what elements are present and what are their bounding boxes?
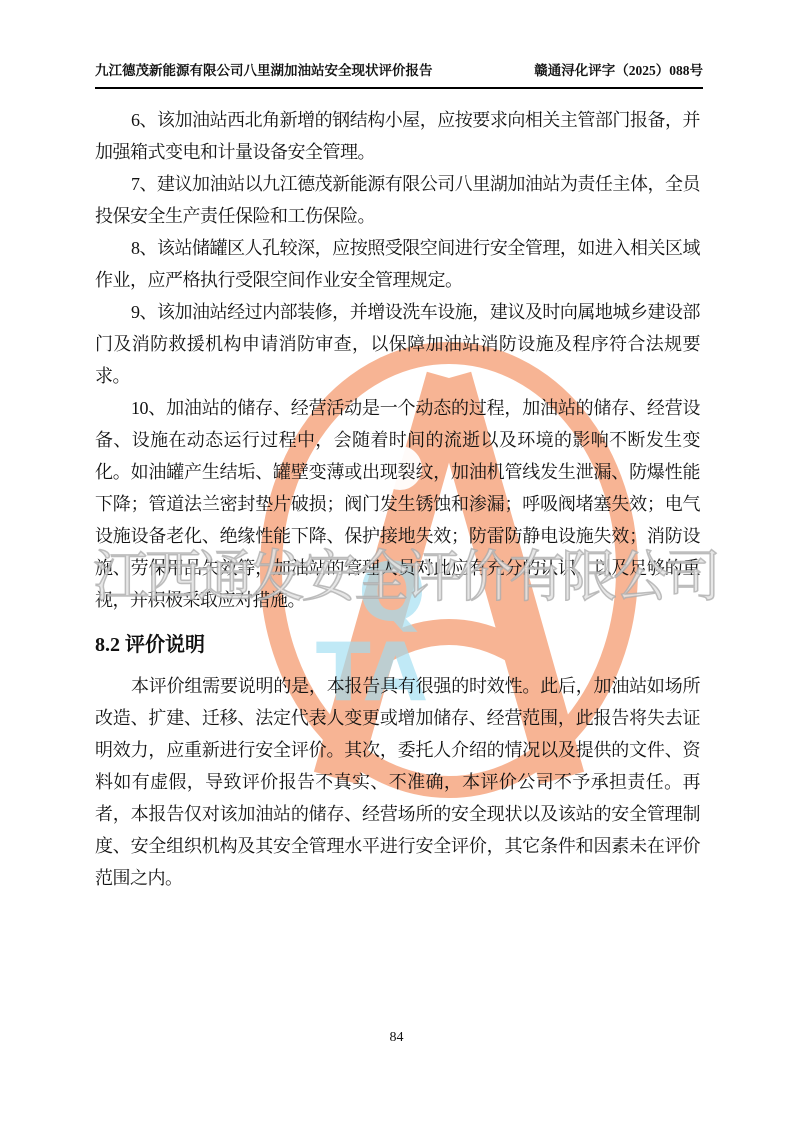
header-doc-number: 赣通浔化评字（2025）088号 (534, 62, 703, 80)
paragraph: 本评价组需要说明的是，本报告具有很强的时效性。此后，加油站如场所改造、扩建、迁移… (95, 670, 700, 894)
page-number: 84 (0, 1030, 793, 1046)
header-title: 九江德茂新能源有限公司八里湖加油站安全现状评价报告 (95, 62, 433, 80)
report-page: 九江德茂新能源有限公司八里湖加油站安全现状评价报告 赣通浔化评字（2025）08… (0, 0, 793, 1122)
section-paragraphs: 本评价组需要说明的是，本报告具有很强的时效性。此后，加油站如场所改造、扩建、迁移… (95, 670, 700, 894)
paragraph: 8、该站储罐区人孔较深，应按照受限空间进行安全管理，如进入相关区域作业，应严格执… (95, 232, 700, 296)
paragraph: 6、该加油站西北角新增的钢结构小屋，应按要求向相关主管部门报备，并加强箱式变电和… (95, 104, 700, 168)
paragraph: 7、建议加油站以九江德茂新能源有限公司八里湖加油站为责任主体，全员投保安全生产责… (95, 168, 700, 232)
body-text: 6、该加油站西北角新增的钢结构小屋，应按要求向相关主管部门报备，并加强箱式变电和… (95, 104, 700, 894)
page-header: 九江德茂新能源有限公司八里湖加油站安全现状评价报告 赣通浔化评字（2025）08… (95, 62, 703, 89)
paragraph: 9、该加油站经过内部装修，并增设洗车设施，建议及时向属地城乡建设部门及消防救援机… (95, 296, 700, 392)
company-watermark: 江西通发安全评价有限公司 (93, 533, 723, 613)
section-heading: 8.2 评价说明 (95, 630, 700, 660)
